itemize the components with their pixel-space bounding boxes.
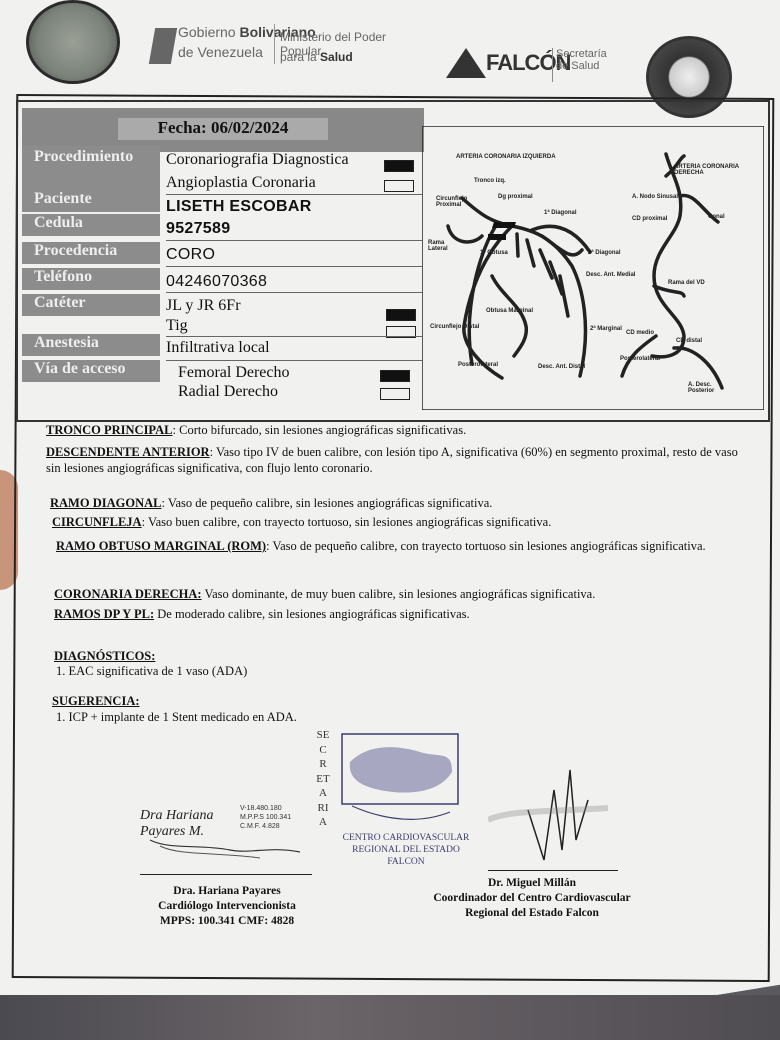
finding-tronco: TRONCO PRINCIPAL: Corto bifurcado, sin l… xyxy=(46,422,746,438)
left-signatory: Dra. Hariana PayaresCardiólogo Intervenc… xyxy=(112,884,342,929)
finding-coronaria-derecha: CORONARIA DERECHA: Vaso dominante, de mu… xyxy=(54,586,744,602)
label-cd-proximal: CD proximal xyxy=(632,216,667,222)
right-signatory: Dr. Miguel MillánCoordinador del Centro … xyxy=(412,876,652,921)
handwritten-signature xyxy=(488,750,628,870)
center-stamp xyxy=(340,732,460,830)
label-2-marginal: 2ª Marginal xyxy=(590,326,622,332)
value-procedimiento-2: Angioplastia Coronaria xyxy=(166,174,316,192)
value-anestesia: Infiltrativa local xyxy=(166,339,270,357)
label-cx-distal: Circunflejo Distal xyxy=(430,324,479,330)
value-via-1: Femoral Derecho xyxy=(178,364,290,382)
gob-line2: de Venezuela xyxy=(178,44,263,60)
label-da-medial: Desc. Ant. Medial xyxy=(586,272,635,278)
right-signature xyxy=(488,750,628,870)
label-posterolateral-left: Posterolateral xyxy=(458,362,498,368)
left-signature-stamp: Dra HarianaPayares M. V-18.480.180 M.P.P… xyxy=(140,800,310,870)
falcon-map-stamp xyxy=(340,732,460,830)
diagnostico-item: 1. EAC significativa de 1 vaso (ADA) xyxy=(56,664,247,679)
coronary-artery-diagram: ARTERIA CORONARIA IZQUIERDA ARTERIA CORO… xyxy=(422,126,764,410)
checkbox-jl-jr-checked xyxy=(386,309,416,321)
left-coronary-title: ARTERIA CORONARIA IZQUIERDA xyxy=(456,154,556,160)
fecha: Fecha: 06/02/2024 xyxy=(22,118,424,138)
label-procedencia: Procedencia xyxy=(22,242,160,264)
label-cateter: Catéter xyxy=(22,294,160,316)
institutional-seal-logo xyxy=(26,0,120,84)
divider xyxy=(166,240,422,241)
label-obtusa-marginal: Obtusa Marginal xyxy=(486,308,533,314)
label-tronco: Tronco izq. xyxy=(474,178,506,184)
diagnosticos-title: DIAGNÓSTICOS: xyxy=(54,649,155,664)
finding-descendente-anterior: DESCENDENTE ANTERIOR: Vaso tipo IV de bu… xyxy=(46,444,746,476)
label-cd-medio: CD medio xyxy=(626,330,654,336)
label-nodo-sinusal: A. Nodo Sinusal xyxy=(632,194,678,200)
signature-line xyxy=(140,874,312,875)
divider xyxy=(166,360,422,361)
label-conal: Conal xyxy=(708,214,725,220)
finding-diagonal: RAMO DIAGONAL: Vaso de pequeño calibre, … xyxy=(50,495,750,511)
center-stamp-text: CENTRO CARDIOVASCULARREGIONAL DEL ESTADO… xyxy=(336,832,476,868)
falcon-logo: FALCÓN Secretaríade Salud xyxy=(446,40,606,90)
right-coronary-title: ARTERIA CORONARIA DERECHA xyxy=(674,164,764,176)
checkbox-angioplastia-unchecked xyxy=(384,180,414,192)
value-procedimiento-1: Coronariografia Diagnostica xyxy=(166,151,349,169)
signature-line xyxy=(488,870,618,871)
checkbox-radial-unchecked xyxy=(380,388,410,400)
label-anestesia: Anestesia xyxy=(22,334,160,356)
divider xyxy=(552,48,553,82)
handwritten-signature xyxy=(140,800,310,870)
value-paciente: LISETH ESCOBAR xyxy=(166,198,312,216)
value-cateter-2: Tig xyxy=(166,317,188,335)
label-paciente: Paciente xyxy=(22,188,160,212)
divider xyxy=(166,292,422,293)
value-cedula: 9527589 xyxy=(166,220,230,238)
checkbox-femoral-checked xyxy=(380,370,410,382)
value-via-2: Radial Derecho xyxy=(178,383,278,401)
label-cd-distal: CD distal xyxy=(676,338,702,344)
label-rama-vd: Rama del VD xyxy=(668,280,705,286)
value-cateter-1: JL y JR 6Fr xyxy=(166,297,241,315)
divider xyxy=(166,266,422,267)
divider xyxy=(166,194,422,195)
falcon-secretaria: Secretaríade Salud xyxy=(556,48,607,72)
label-posterolateral-right: Posterolateral xyxy=(620,356,660,362)
label-telefono: Teléfono xyxy=(22,268,160,290)
finding-rom: RAMO OBTUSO MARGINAL (ROM): Vaso de pequ… xyxy=(56,538,746,554)
gobierno-bolivariano-logo: Gobierno Bolivariano de Venezuela Minist… xyxy=(152,22,392,74)
label-desc-posterior: A. Desc. Posterior xyxy=(688,382,728,394)
label-procedimiento: Procedimiento xyxy=(22,146,160,192)
checkbox-coronariografia-checked xyxy=(384,160,414,172)
finding-ramos-dp-pl: RAMOS DP Y PL: De moderado calibre, sin … xyxy=(54,606,744,622)
value-procedencia: CORO xyxy=(166,246,215,264)
label-via-acceso: Vía de acceso xyxy=(22,360,160,382)
label-dg-proximal: Dg proximal xyxy=(498,194,533,200)
finding-circunfleja: CIRCUNFLEJA: Vaso buen calibre, con tray… xyxy=(52,514,742,530)
label-rama-lateral: Rama Lateral xyxy=(428,240,458,252)
value-telefono: 04246070368 xyxy=(166,273,267,291)
label-1-diagonal: 1ª Diagonal xyxy=(544,210,577,216)
divider xyxy=(274,24,275,64)
divider xyxy=(166,336,422,337)
label-1-obtusa: 1ª Obtusa xyxy=(480,250,520,256)
sugerencia-item: 1. ICP + implante de 1 Stent medicado en… xyxy=(56,710,297,725)
label-2-diagonal: 2ª Diagonal xyxy=(588,250,621,256)
sugerencia-title: SUGERENCIA: xyxy=(52,694,140,709)
background-surface xyxy=(0,995,780,1040)
flag-icon xyxy=(149,28,177,64)
label-cx-proximal: Circunflejo Proximal xyxy=(436,196,466,208)
mountain-icon xyxy=(446,48,486,78)
ministry-line2: para la Salud xyxy=(280,50,353,64)
label-da-distal: Desc. Ant. Distal xyxy=(538,364,585,370)
vertical-stamp: SECRETARIA xyxy=(316,728,330,830)
label-cedula: Cedula xyxy=(22,214,160,236)
